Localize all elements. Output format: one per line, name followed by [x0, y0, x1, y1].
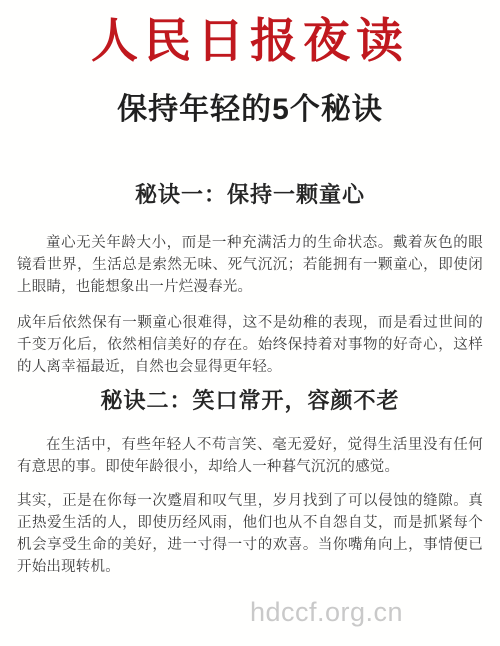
- watermark-text: hdccf.org.cn: [17, 598, 483, 626]
- section-1-paragraph-1: 童心无关年龄大小，而是一种充满活力的生命状态。戴着灰色的眼镜看世界，生活总是索然…: [17, 232, 483, 298]
- section-1-paragraph-2: 成年后依然保有一颗童心很难得，这不是幼稚的表现，而是看过世间的千变万化后，依然相…: [17, 312, 483, 378]
- section-2-heading: 秘诀二：笑口常开，容颜不老: [17, 386, 483, 416]
- section-2-paragraph-1: 在生活中，有些年轻人不苟言笑、毫无爱好，觉得生活里没有任何有意思的事。即使年龄很…: [17, 434, 483, 478]
- article-title: 保持年轻的5个秘诀: [17, 92, 483, 128]
- section-1-heading: 秘诀一：保持一颗童心: [17, 180, 483, 210]
- masthead-title: 人民日报夜读: [17, 16, 483, 68]
- section-2-paragraph-2: 其实，正是在你每一次蹙眉和叹气里，岁月找到了可以侵蚀的缝隙。真正热爱生活的人，即…: [17, 490, 483, 578]
- article-card: 人民日报夜读 保持年轻的5个秘诀 秘诀一：保持一颗童心 童心无关年龄大小，而是一…: [0, 0, 500, 646]
